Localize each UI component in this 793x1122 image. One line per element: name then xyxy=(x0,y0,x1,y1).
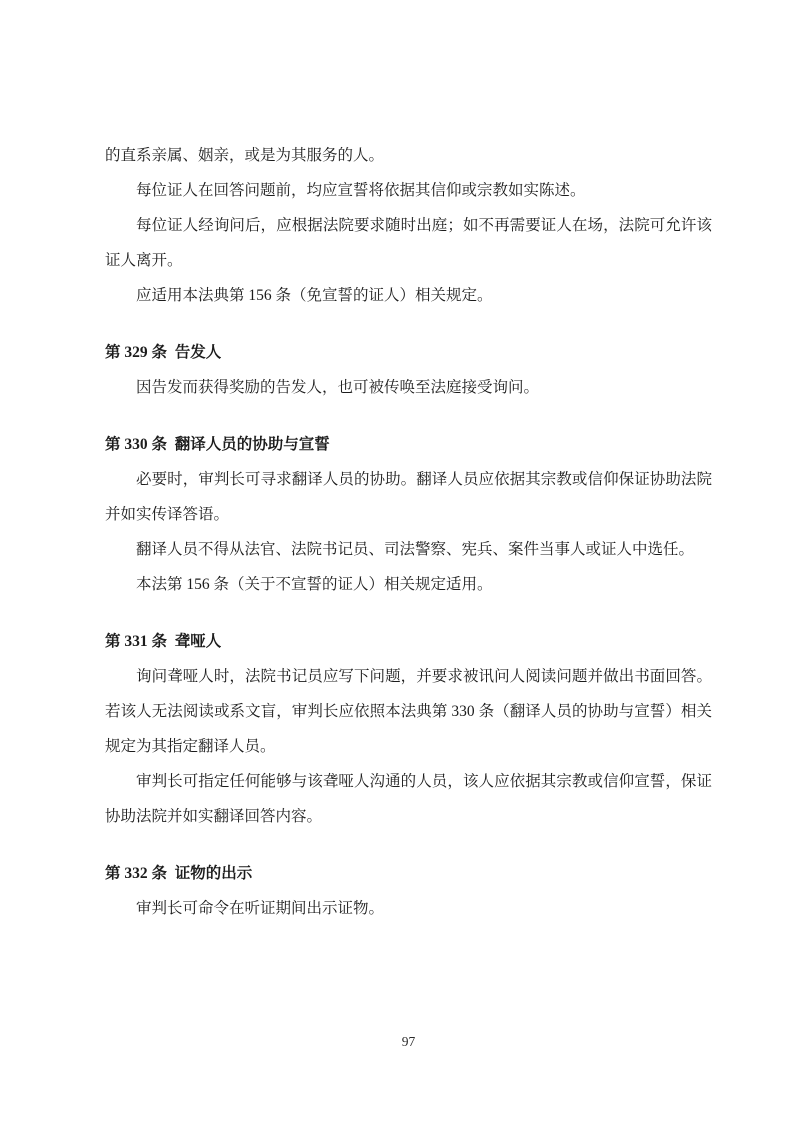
body-paragraph: 应适用本法典第 156 条（免宣誓的证人）相关规定。 xyxy=(105,278,712,313)
page-content: 的直系亲属、姻亲，或是为其服务的人。 每位证人在回答问题前，均应宣誓将依据其信仰… xyxy=(105,138,712,926)
body-paragraph: 审判长可命令在听证期间出示证物。 xyxy=(105,891,712,926)
heading-article-330: 第 330 条 翻译人员的协助与宣誓 xyxy=(105,427,712,462)
heading-article-331: 第 331 条 聋哑人 xyxy=(105,624,712,659)
heading-article-332: 第 332 条 证物的出示 xyxy=(105,856,712,891)
heading-article-329: 第 329 条 告发人 xyxy=(105,335,712,370)
body-paragraph: 本法第 156 条（关于不宣誓的证人）相关规定适用。 xyxy=(105,567,712,602)
page-number: 97 xyxy=(105,1034,712,1050)
body-paragraph: 翻译人员不得从法官、法院书记员、司法警察、宪兵、案件当事人或证人中选任。 xyxy=(105,532,712,567)
body-paragraph: 审判长可指定任何能够与该聋哑人沟通的人员，该人应依据其宗教或信仰宣誓，保证协助法… xyxy=(105,764,712,834)
body-paragraph: 每位证人在回答问题前，均应宣誓将依据其信仰或宗教如实陈述。 xyxy=(105,173,712,208)
body-paragraph: 询问聋哑人时，法院书记员应写下问题，并要求被讯问人阅读问题并做出书面回答。若该人… xyxy=(105,659,712,764)
document-page: 的直系亲属、姻亲，或是为其服务的人。 每位证人在回答问题前，均应宣誓将依据其信仰… xyxy=(0,0,793,1122)
body-paragraph: 必要时，审判长可寻求翻译人员的协助。翻译人员应依据其宗教或信仰保证协助法院并如实… xyxy=(105,462,712,532)
body-paragraph: 每位证人经询问后，应根据法院要求随时出庭；如不再需要证人在场，法院可允许该证人离… xyxy=(105,208,712,278)
continuation-paragraph: 的直系亲属、姻亲，或是为其服务的人。 xyxy=(105,138,712,173)
body-paragraph: 因告发而获得奖励的告发人，也可被传唤至法庭接受询问。 xyxy=(105,370,712,405)
